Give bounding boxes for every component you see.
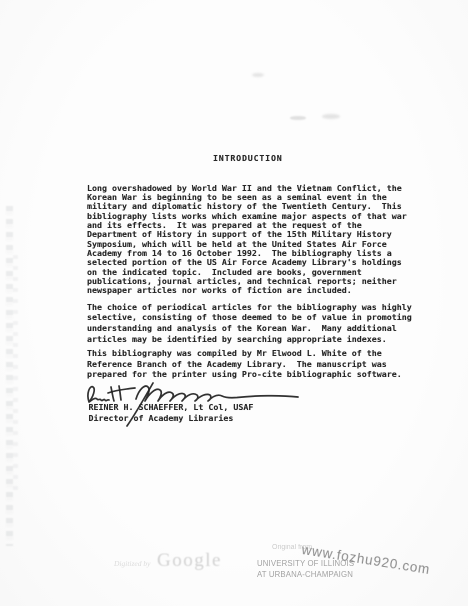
page-title: INTRODUCTION [213, 153, 283, 163]
university-watermark-line2: AT URBANA-CHAMPAIGN [257, 570, 353, 579]
signatory-title-line: Director of Academy Libraries [89, 413, 234, 423]
google-watermark: Google [157, 550, 222, 572]
paragraph-2: The choice of periodical articles for th… [87, 302, 412, 345]
signatory-name-line: REINER H. SCHAEFFER, Lt Col, USAF [89, 402, 254, 412]
digitized-by-watermark: Digitized by [114, 559, 150, 568]
scan-smudge [290, 116, 306, 120]
scan-smudge [252, 73, 264, 77]
scan-smudge [322, 114, 340, 119]
paragraph-1: Long overshadowed by World War II and th… [87, 184, 407, 296]
scanned-document-page: INTRODUCTION Long overshadowed by World … [0, 0, 468, 606]
paragraph-3: This bibliography was compiled by Mr Elw… [87, 348, 402, 380]
left-edge-scan-marks-secondary [13, 255, 18, 495]
left-edge-scan-marks [6, 206, 13, 546]
